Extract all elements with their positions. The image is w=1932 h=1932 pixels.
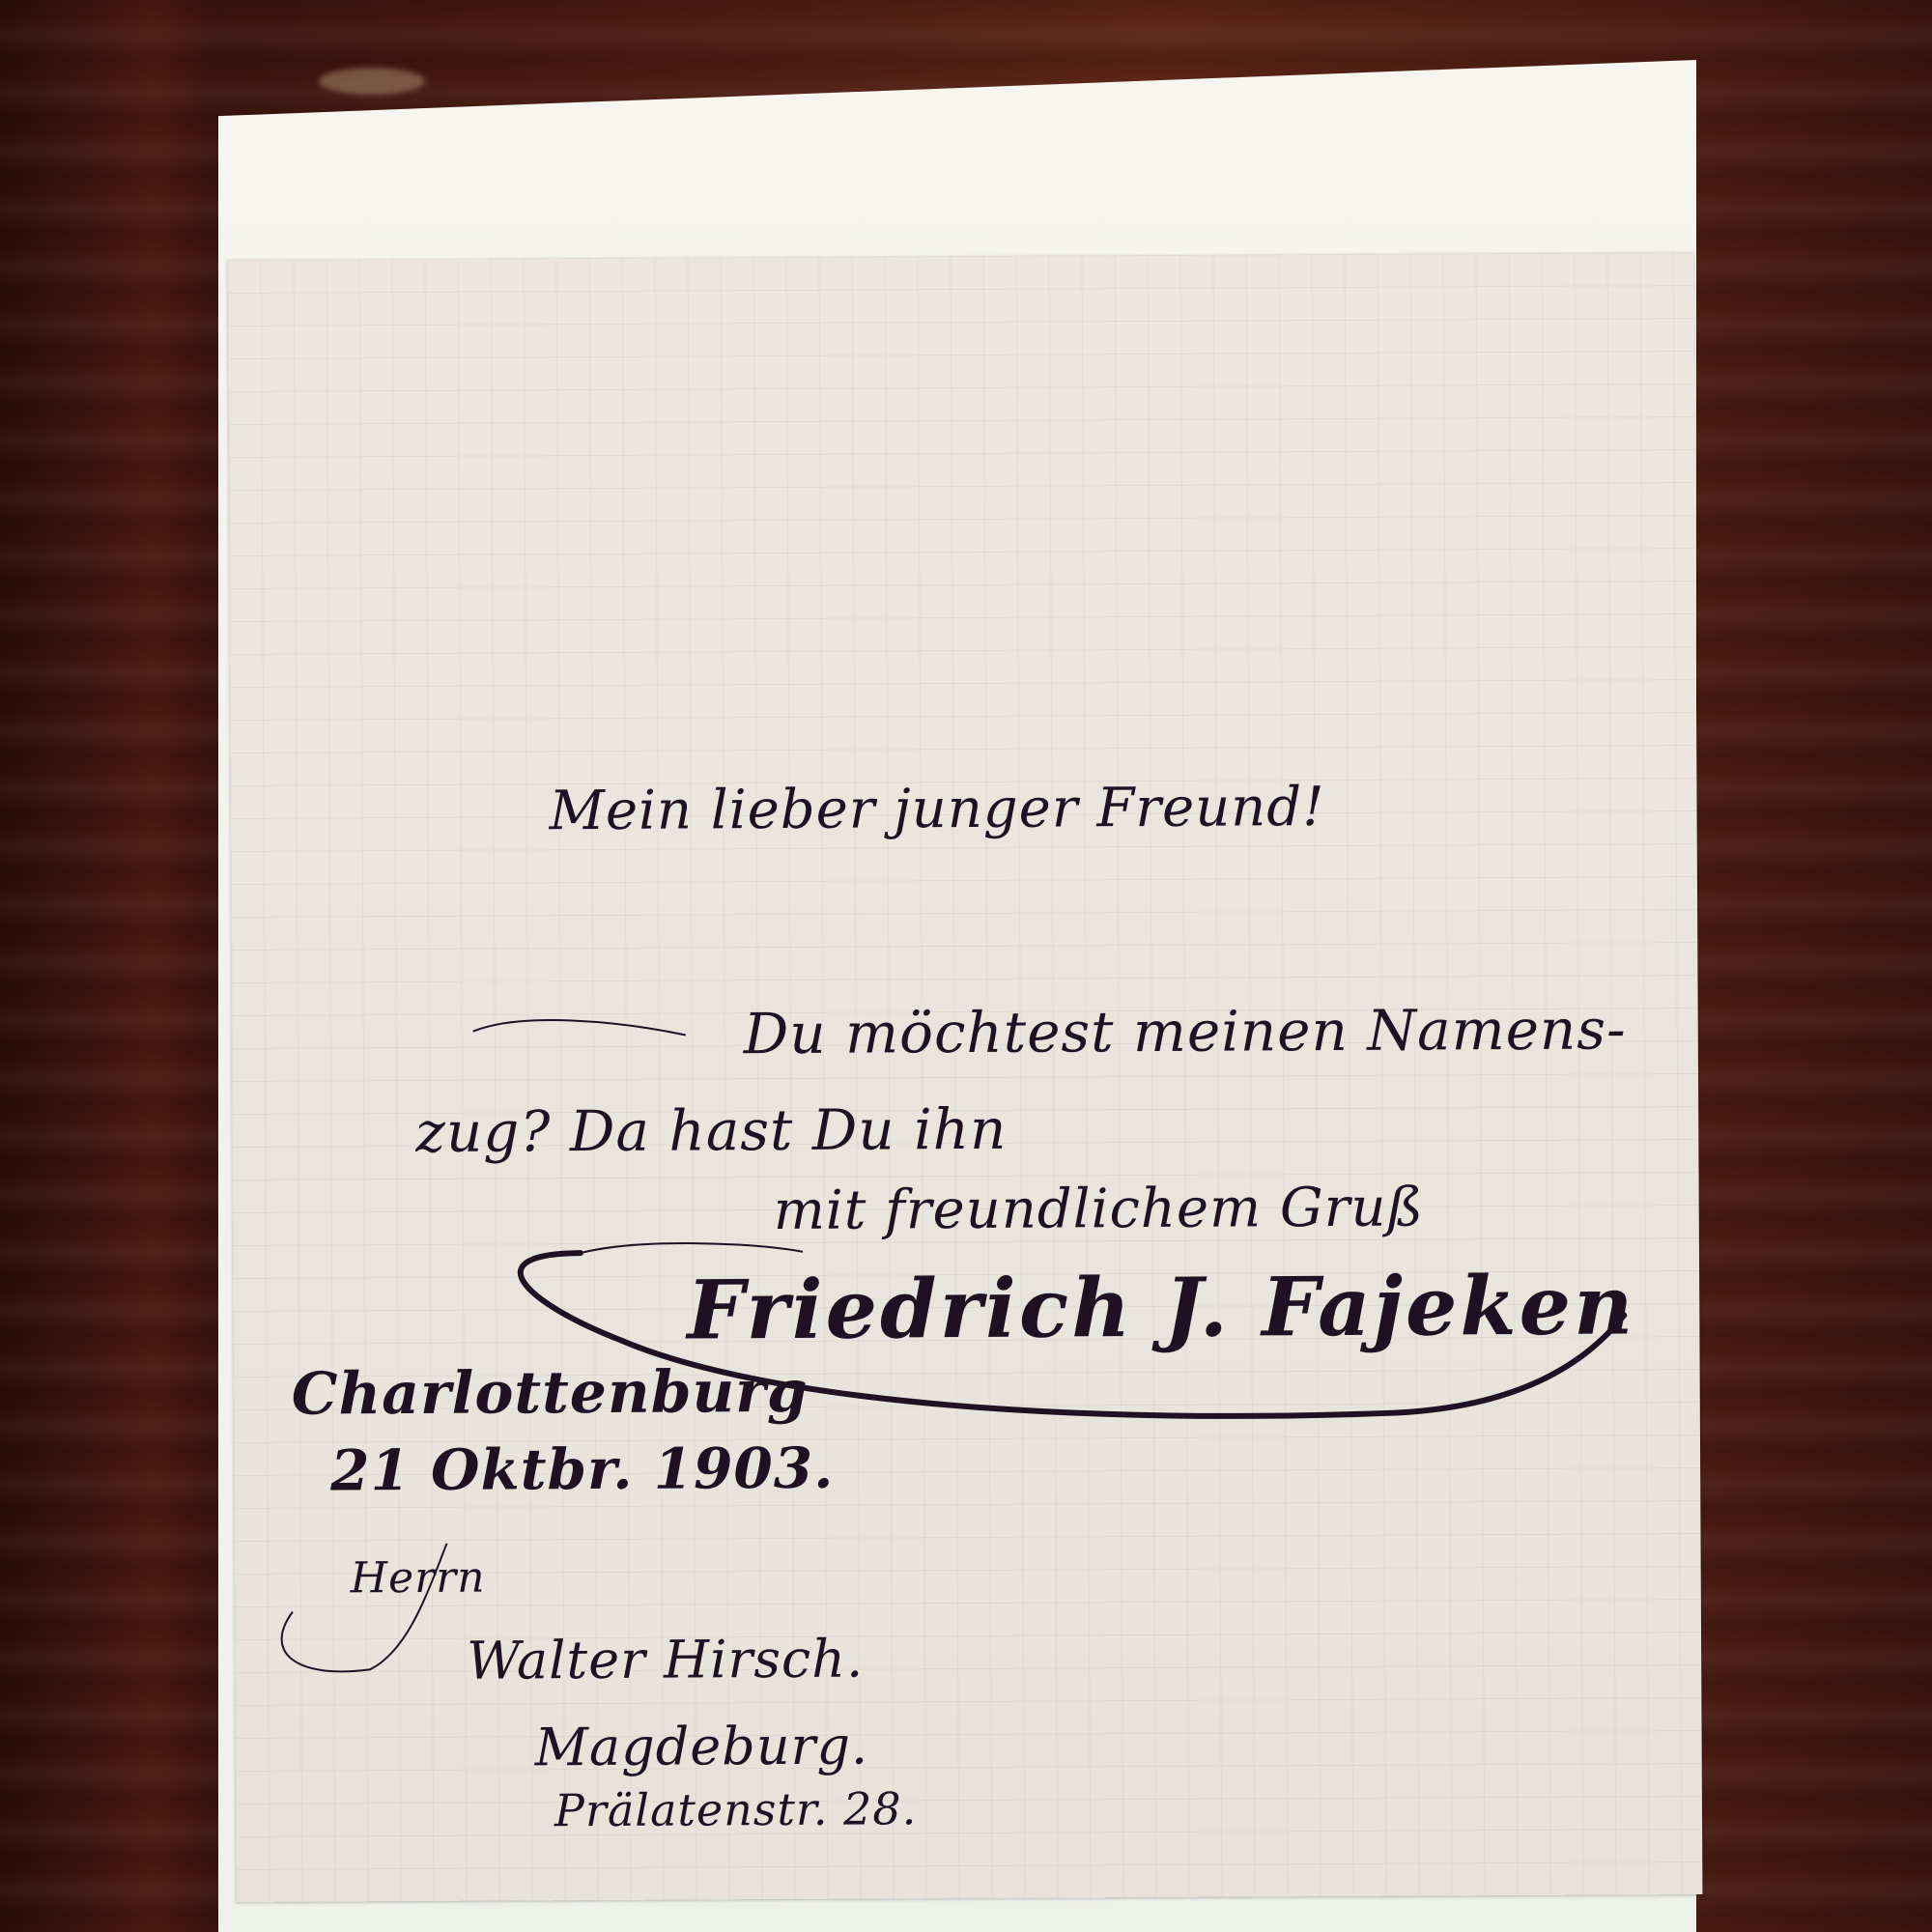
signature: Friedrich J. Fajeken	[687, 1257, 1635, 1357]
letter-sheet: Mein lieber junger Freund! Du möchtest m…	[228, 252, 1703, 1902]
recipient-city: Magdeburg.	[534, 1716, 868, 1778]
letter-place: Charlottenburg	[292, 1358, 809, 1429]
letter-greeting: Mein lieber junger Freund!	[549, 776, 1324, 842]
recipient-street: Prälatenstr. 28.	[554, 1782, 918, 1836]
recipient-salutation: Herrn	[351, 1553, 486, 1604]
recipient-name: Walter Hirsch.	[467, 1629, 864, 1691]
signature-flourish-icon	[228, 252, 1703, 1902]
letter-date: 21 Oktbr. 1903.	[330, 1435, 835, 1504]
letter-closing: mit freundlichem Gruß	[774, 1177, 1425, 1243]
letter-body-line-2: zug? Da hast Du ihn	[415, 1096, 1007, 1165]
letter-body-line-1: Du möchtest meinen Namens-	[744, 996, 1627, 1066]
paper-stain	[319, 68, 425, 95]
